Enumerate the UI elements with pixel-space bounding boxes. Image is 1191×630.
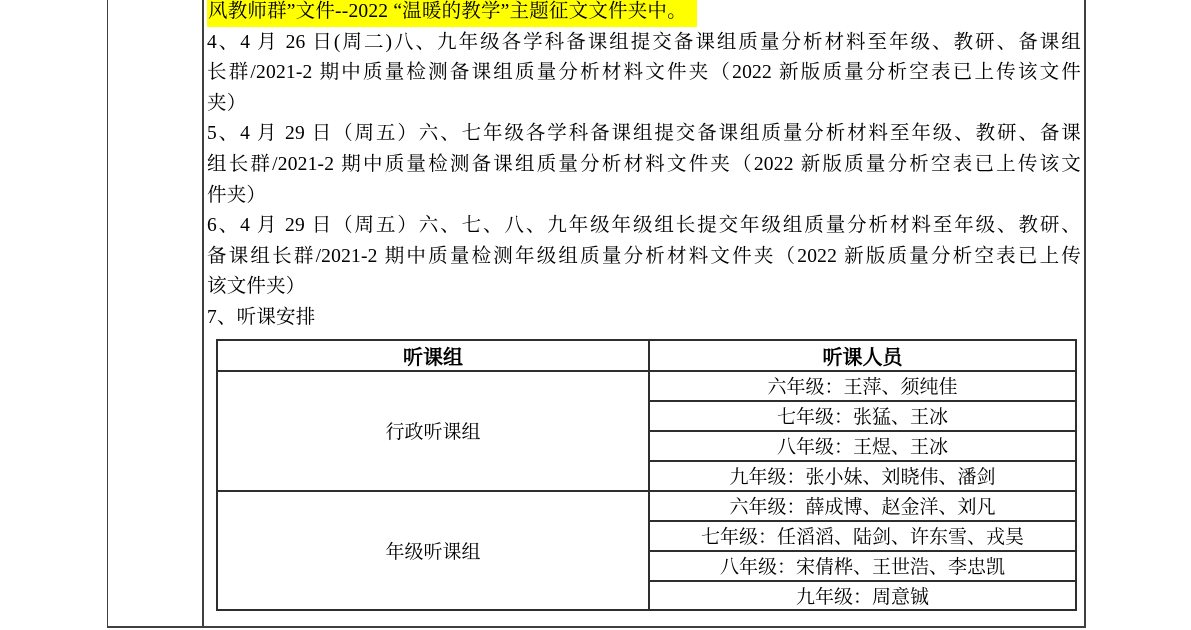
header-cell-personnel: 听课人员 [649,340,1076,371]
document-line: 夹） [207,89,1081,120]
document-line: 该文件夹） [207,272,1081,303]
observation-schedule-table: 听课组 听课人员 行政听课组 六年级：王萍、须纯佳 七年级：张猛、王冰 八年级：… [216,339,1077,611]
personnel-cell: 七年级：任滔滔、陆剑、许东雪、戎昊 [649,521,1076,551]
header-cell-group: 听课组 [217,340,649,371]
personnel-cell: 六年级：薛成博、赵金洋、刘凡 [649,491,1076,521]
personnel-cell: 八年级：王煜、王冰 [649,431,1076,461]
personnel-cell: 七年级：张猛、王冰 [649,401,1076,431]
personnel-cell: 九年级：周意铖 [649,581,1076,610]
highlighted-text: 风教师群”文件--2022 “温暖的教学”主题征文文件夹中。 [207,0,697,27]
document-body: 风教师群”文件--2022 “温暖的教学”主题征文文件夹中。 4、4 月 26 … [204,0,1084,611]
table-row: 年级听课组 六年级：薛成博、赵金洋、刘凡 [217,491,1076,521]
group-cell-admin: 行政听课组 [217,371,649,491]
document-line: 6、4 月 29 日（周五）六、七、八、九年级年级组长提交年级组质量分析材料至年… [207,211,1081,242]
document-line-highlighted: 风教师群”文件--2022 “温暖的教学”主题征文文件夹中。 [207,0,1081,28]
document-line: 件夹） [207,181,1081,212]
outer-table-column-divider [107,0,108,628]
personnel-cell: 八年级：宋倩桦、王世浩、李忠凯 [649,551,1076,581]
document-line: 组长群/2021-2 期中质量检测备课组质量分析材料文件夹（2022 新版质量分… [207,150,1081,181]
document-line: 4、4 月 26 日(周二)八、九年级各学科备课组提交备课组质量分析材料至年级、… [207,28,1081,59]
personnel-cell: 九年级：张小妹、刘晓伟、潘剑 [649,461,1076,491]
personnel-cell: 六年级：王萍、须纯佳 [649,371,1076,401]
document-heading-listening-schedule: 7、听课安排 [207,303,1081,334]
group-cell-grade: 年级听课组 [217,491,649,610]
document-line: 长群/2021-2 期中质量检测备课组质量分析材料文件夹（2022 新版质量分析… [207,58,1081,89]
document-content-cell: 风教师群”文件--2022 “温暖的教学”主题征文文件夹中。 4、4 月 26 … [202,0,1086,628]
table-row: 行政听课组 六年级：王萍、须纯佳 [217,371,1076,401]
document-line: 5、4 月 29 日（周五）六、七年级各学科备课组提交备课组质量分析材料至年级、… [207,119,1081,150]
table-header-row: 听课组 听课人员 [217,340,1076,371]
document-line: 备课组长群/2021-2 期中质量检测年级组质量分析材料文件夹（2022 新版质… [207,242,1081,273]
